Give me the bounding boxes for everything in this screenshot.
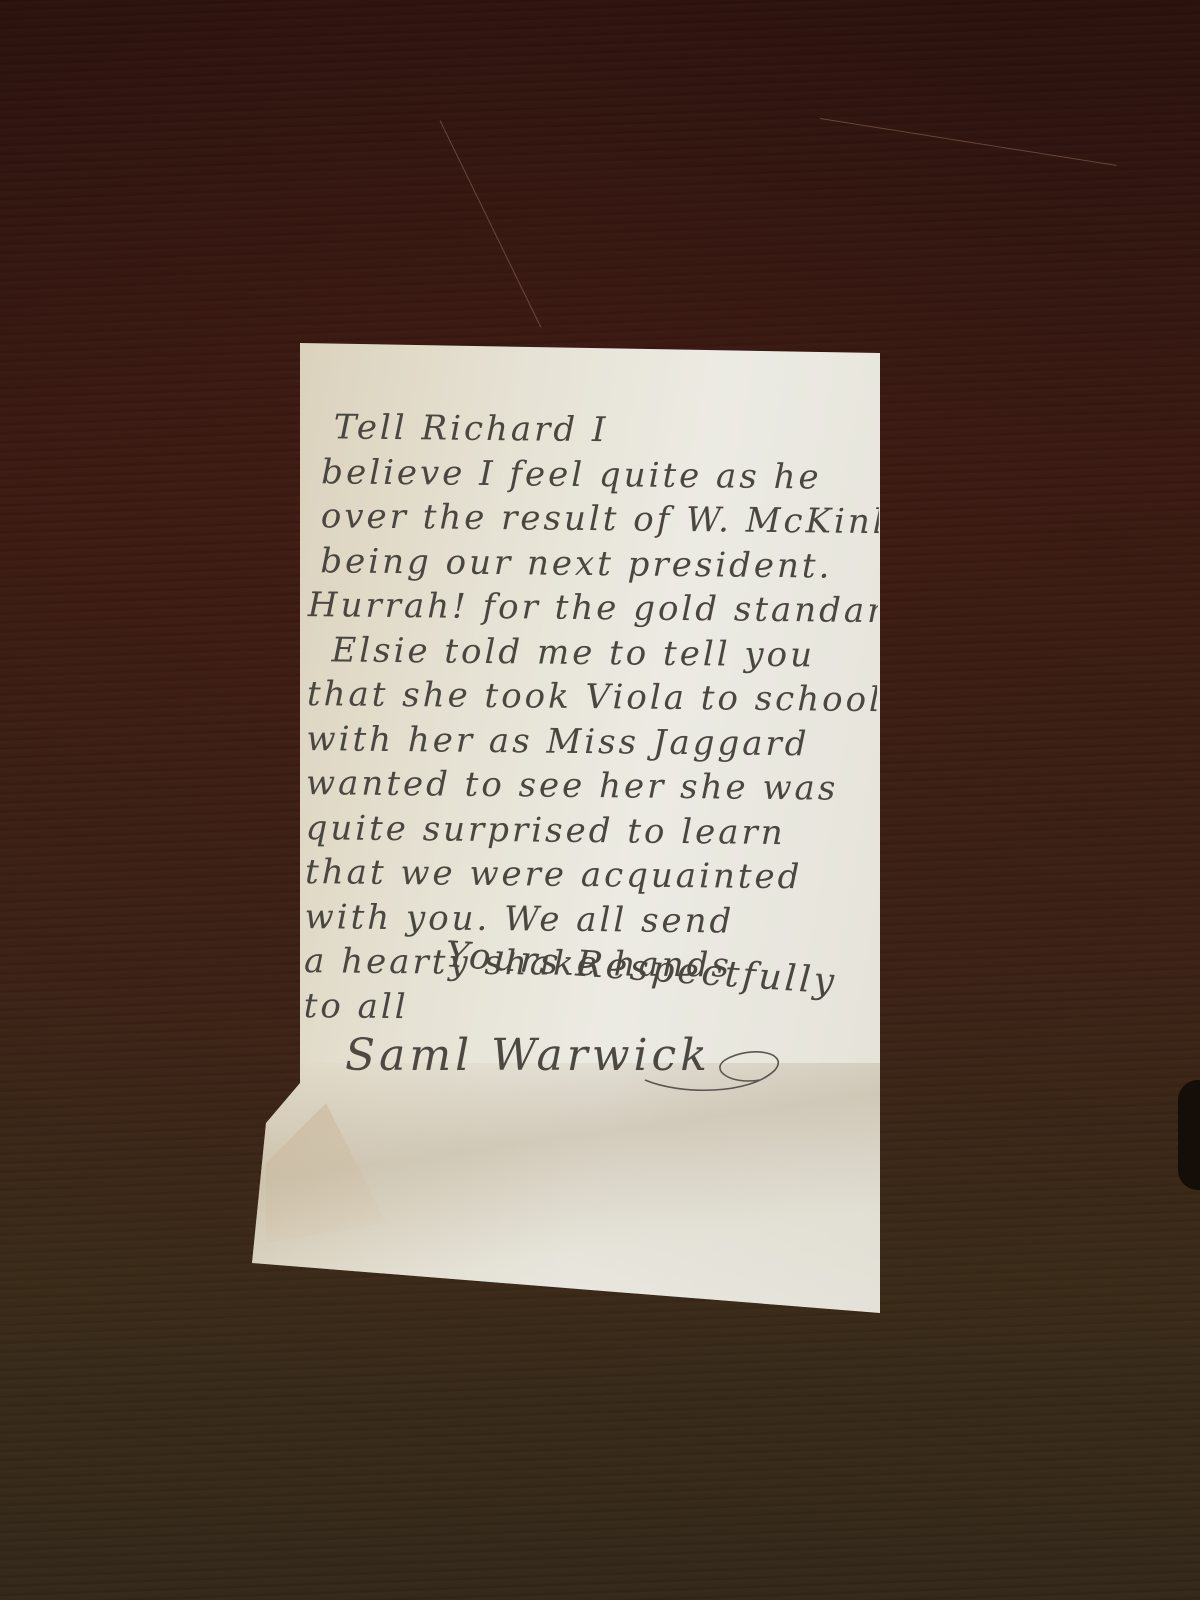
table-scratch (820, 118, 1116, 166)
table-scratch (440, 120, 542, 327)
letter-line: that we were acquainted (295, 850, 875, 901)
letter-line: over the result of W. McKinley (299, 494, 879, 545)
letter-line: that she took Viola to school (297, 672, 877, 723)
letter-line: Elsie told me to tell you (297, 627, 877, 678)
letter-body: Tell Richard I believe I feel quite as h… (293, 405, 879, 1034)
letter-line: quite surprised to learn (295, 805, 875, 856)
letter-line: wanted to see her she was (296, 761, 876, 812)
letter-line: with her as Miss Jaggard (296, 716, 876, 767)
letter-line: Hurrah! for the gold standard (298, 583, 878, 634)
letter-line: believe I feel quite as he (299, 449, 879, 500)
dark-object-at-edge (1178, 1080, 1200, 1190)
letter-line: Tell Richard I (300, 405, 880, 456)
letter-line: being our next president. (298, 538, 878, 589)
signature-flourish-icon (640, 1040, 790, 1100)
letter-line: with you. We all send (294, 894, 874, 945)
